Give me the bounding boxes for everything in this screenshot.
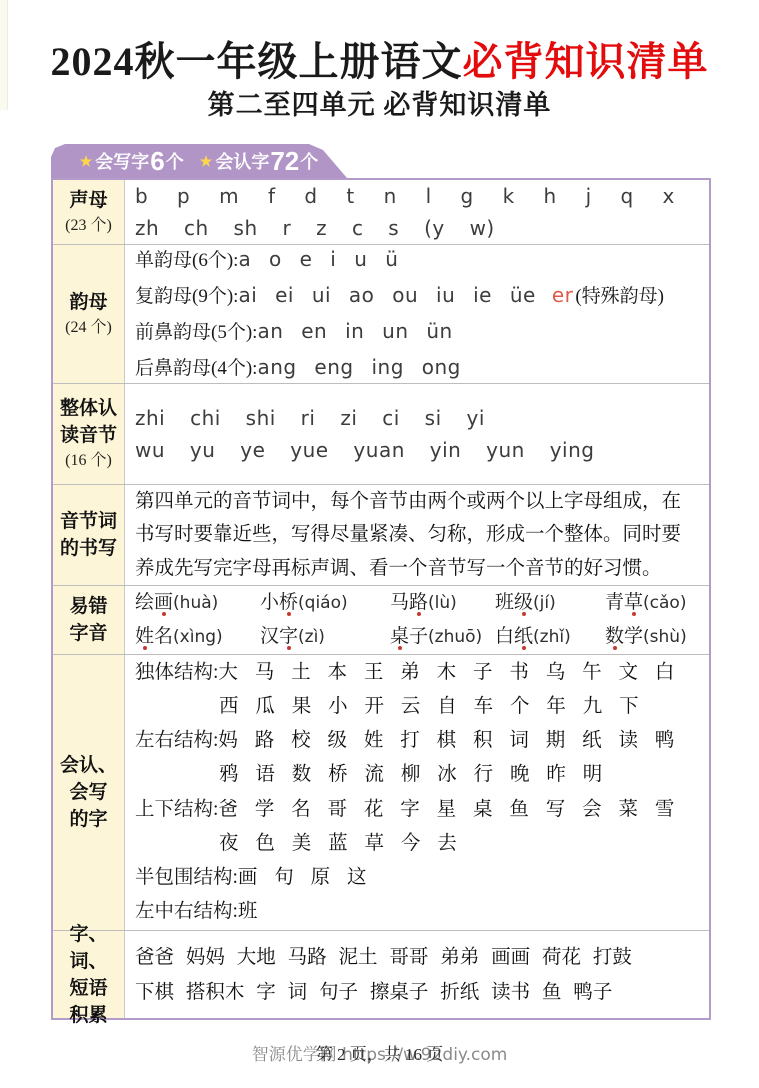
row-syllable-writing: 音节词 的书写 第四单元的音节词中，每个音节由两个或两个以上字母组成，在书写时要…	[53, 484, 709, 585]
syllable-writing-paragraph: 第四单元的音节词中，每个音节由两个或两个以上字母组成，在书写时要靠近些，写得尽量…	[135, 485, 701, 586]
summary-tab: ★会写字6个 ★会认字72个	[51, 144, 347, 178]
word-pinyin-item: 青草(cǎo)	[605, 586, 701, 620]
row-whole-syllables: 整体认 读音节 (16 个) zhi chi shi ri zi ci si y…	[53, 383, 709, 484]
vocabulary-line-1: 爸爸 妈妈 大地 马路 泥土 哥哥 弟弟 画画 荷花 打鼓	[135, 940, 701, 975]
recognize-count-number: 72	[270, 148, 299, 174]
word-pinyin-item: 白纸(zhǐ)	[495, 620, 605, 654]
row-vocabulary-title-2: 短语	[69, 975, 107, 1002]
row-initials-count: (23 个)	[65, 214, 112, 238]
finals-compound-letters: ai ei ui ao ou iu ie üe	[238, 283, 535, 307]
worksheet-page: 2024秋一年级上册语文必背知识清单 第二至四单元 必背知识清单 ★会写字6个 …	[0, 0, 759, 1088]
row-characters-content: 独体结构:大 马 土 本 王 弟 木 子 书 乌 午 文 白 西 瓜 果 小 开…	[125, 655, 709, 930]
row-initials: 声母 (23 个) b p m f d t n l g k h j q x zh…	[53, 180, 709, 244]
page-title-red: 必背知识清单	[463, 39, 709, 84]
structure-chars: 班	[238, 901, 258, 922]
page-title: 2024秋一年级上册语文必背知识清单	[0, 38, 759, 86]
finals-back-nasal-line: 后鼻韵母(4个):ang eng ing ong	[135, 350, 701, 386]
row-error-prone-sounds: 易错 字音 绘画(huà) 小桥(qiáo) 马路(lù) 班级(jí) 青草(…	[53, 585, 709, 654]
structure-label: 左中右结构:	[135, 901, 238, 922]
structure-group-line: 夜 色 美 蓝 草 今 去	[135, 827, 701, 861]
row-whole-syllables-title-1: 整体认	[60, 395, 117, 422]
structure-label: 左右结构:	[135, 730, 218, 751]
row-whole-syllables-title-2: 读音节	[60, 422, 117, 449]
row-initials-title: 声母	[69, 187, 107, 214]
row-vocabulary-header: 字、词、 短语 积累	[53, 931, 125, 1018]
finals-simple-label: 单韵母(6个):	[135, 250, 238, 271]
error-prone-line-2: 姓名(xìng) 汉字(zì) 桌子(zhuō) 白纸(zhǐ) 数学(shù)	[135, 620, 701, 654]
row-finals-title: 韵母	[69, 289, 107, 316]
row-whole-syllables-content: zhi chi shi ri zi ci si yi wu yu ye yue …	[125, 384, 709, 484]
finals-compound-line: 复韵母(9个):ai ei ui ao ou iu ie üeer(特殊韵母)	[135, 278, 701, 314]
row-whole-syllables-count: (16 个)	[65, 449, 112, 473]
word-pinyin-item: 汉字(zì)	[260, 620, 390, 654]
structure-chars: 西 瓜 果 小 开 云 自 车 个 年 九 下	[219, 696, 639, 717]
error-prone-line-1: 绘画(huà) 小桥(qiáo) 马路(lù) 班级(jí) 青草(cǎo)	[135, 586, 701, 620]
page-title-black: 2024秋一年级上册语文	[51, 39, 463, 84]
row-characters-header: 会认、 会写 的字	[53, 655, 125, 930]
word-pinyin-item: 小桥(qiáo)	[260, 586, 390, 620]
structure-chars: 爸 学 名 哥 花 字 星 桌 鱼 写 会 菜 雪	[218, 799, 674, 820]
structure-chars: 妈 路 校 级 姓 打 棋 积 词 期 纸 读 鸭	[218, 730, 674, 751]
star-icon: ★	[200, 153, 213, 170]
structure-label: 上下结构:	[135, 799, 218, 820]
write-count-unit: 个	[166, 148, 184, 174]
row-finals-count: (24 个)	[65, 316, 112, 340]
row-finals: 韵母 (24 个) 单韵母(6个):a o e i u ü 复韵母(9个):ai…	[53, 244, 709, 383]
structure-group-line: 左右结构:妈 路 校 级 姓 打 棋 积 词 期 纸 读 鸭	[135, 724, 701, 758]
row-initials-header: 声母 (23 个)	[53, 180, 125, 244]
word-pinyin-item: 马路(lù)	[390, 586, 495, 620]
structure-label: 半包围结构:	[135, 867, 238, 888]
structure-chars: 夜 色 美 蓝 草 今 去	[219, 833, 457, 854]
row-characters-title-1: 会认、	[60, 752, 117, 779]
finals-back-nasal-label: 后鼻韵母(4个):	[135, 358, 257, 379]
recognize-count-unit: 个	[300, 148, 318, 174]
row-characters-title-3: 的字	[69, 806, 107, 833]
finals-compound-label: 复韵母(9个):	[135, 286, 238, 307]
row-vocabulary-content: 爸爸 妈妈 大地 马路 泥土 哥哥 弟弟 画画 荷花 打鼓 下棋 搭积木 字 词…	[125, 931, 709, 1018]
write-count-badge: ★会写字6个	[80, 148, 184, 174]
word-pinyin-item: 绘画(huà)	[135, 586, 260, 620]
finals-front-nasal-line: 前鼻韵母(5个):an en in un ün	[135, 314, 701, 350]
row-vocabulary-title-1: 字、词、	[55, 921, 122, 975]
structure-group-line: 鸦 语 数 桥 流 柳 冰 行 晚 昨 明	[135, 758, 701, 792]
initials-line-2: zh ch sh r z c s (y w)	[135, 212, 701, 244]
row-initials-content: b p m f d t n l g k h j q x zh ch sh r z…	[125, 180, 709, 244]
structure-group-line: 左中右结构:班	[135, 895, 701, 929]
finals-back-nasal-letters: ang eng ing ong	[257, 355, 460, 379]
finals-front-nasal-label: 前鼻韵母(5个):	[135, 322, 257, 343]
finals-simple-letters: a o e i u ü	[238, 247, 398, 271]
row-error-prone-content: 绘画(huà) 小桥(qiáo) 马路(lù) 班级(jí) 青草(cǎo) 姓…	[125, 586, 709, 654]
word-pinyin-item: 姓名(xìng)	[135, 620, 260, 654]
word-pinyin-item: 桌子(zhuō)	[390, 620, 495, 654]
row-finals-content: 单韵母(6个):a o e i u ü 复韵母(9个):ai ei ui ao …	[125, 245, 709, 383]
row-error-prone-header: 易错 字音	[53, 586, 125, 654]
recognize-count-badge: ★会认字72个	[200, 148, 318, 174]
finals-front-nasal-letters: an en in un ün	[257, 319, 452, 343]
row-finals-header: 韵母 (24 个)	[53, 245, 125, 383]
write-count-number: 6	[150, 148, 164, 174]
structure-group-line: 西 瓜 果 小 开 云 自 车 个 年 九 下	[135, 690, 701, 724]
row-error-prone-title-2: 字音	[69, 620, 107, 647]
page-footer: 智源优学网 https://w.92diy.com 第 2 页，共 16 页	[0, 1040, 759, 1066]
whole-syllables-line-2: wu yu ye yue yuan yin yun ying	[135, 434, 701, 466]
star-icon: ★	[80, 153, 93, 170]
row-characters-title-2: 会写	[69, 779, 107, 806]
row-vocabulary-title-3: 积累	[69, 1002, 107, 1029]
row-whole-syllables-header: 整体认 读音节 (16 个)	[53, 384, 125, 484]
structure-group-line: 独体结构:大 马 土 本 王 弟 木 子 书 乌 午 文 白	[135, 656, 701, 690]
write-count-label: 会写字	[95, 148, 149, 174]
row-error-prone-title-1: 易错	[69, 593, 107, 620]
whole-syllables-line-1: zhi chi shi ri zi ci si yi	[135, 402, 701, 434]
page-subtitle: 第二至四单元 必背知识清单	[0, 88, 759, 122]
row-characters: 会认、 会写 的字 独体结构:大 马 土 本 王 弟 木 子 书 乌 午 文 白…	[53, 654, 709, 930]
structure-group-line: 上下结构:爸 学 名 哥 花 字 星 桌 鱼 写 会 菜 雪	[135, 793, 701, 827]
page-number-text: 第 2 页，共 16 页	[0, 1040, 759, 1065]
recognize-count-label: 会认字	[215, 148, 269, 174]
vocabulary-line-2: 下棋 搭积木 字 词 句子 擦桌子 折纸 读书 鱼 鸭子	[135, 975, 701, 1010]
row-syllable-writing-title-2: 的书写	[60, 535, 117, 562]
structure-group-line: 半包围结构:画 句 原 这	[135, 861, 701, 895]
finals-simple-line: 单韵母(6个):a o e i u ü	[135, 242, 701, 278]
row-syllable-writing-header: 音节词 的书写	[53, 485, 125, 585]
structure-chars: 大 马 土 本 王 弟 木 子 书 乌 午 文 白	[218, 662, 674, 683]
word-pinyin-item: 数学(shù)	[605, 620, 701, 654]
finals-er-note: (特殊韵母)	[575, 286, 664, 307]
row-syllable-writing-content: 第四单元的音节词中，每个音节由两个或两个以上字母组成，在书写时要靠近些，写得尽量…	[125, 485, 709, 585]
structure-chars: 画 句 原 这	[238, 867, 367, 888]
finals-er-special: er	[552, 283, 574, 307]
row-vocabulary: 字、词、 短语 积累 爸爸 妈妈 大地 马路 泥土 哥哥 弟弟 画画 荷花 打鼓…	[53, 930, 709, 1018]
structure-label: 独体结构:	[135, 662, 218, 683]
initials-line-1: b p m f d t n l g k h j q x	[135, 180, 701, 212]
row-syllable-writing-title-1: 音节词	[60, 508, 117, 535]
word-pinyin-item: 班级(jí)	[495, 586, 605, 620]
structure-chars: 鸦 语 数 桥 流 柳 冰 行 晚 昨 明	[219, 764, 602, 785]
knowledge-table: 声母 (23 个) b p m f d t n l g k h j q x zh…	[51, 178, 711, 1020]
